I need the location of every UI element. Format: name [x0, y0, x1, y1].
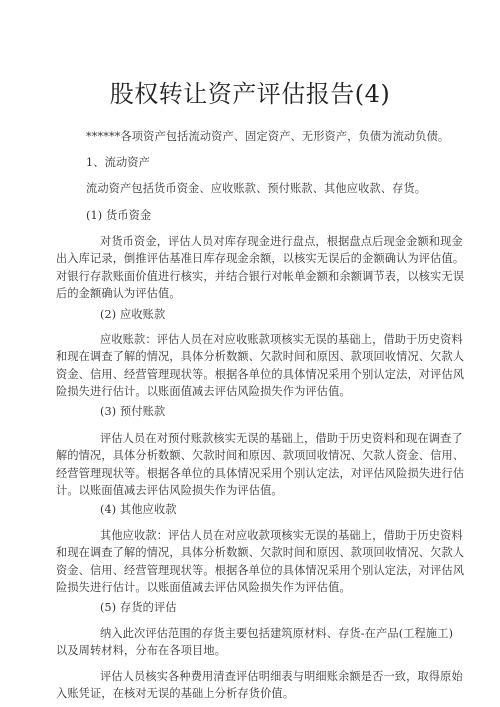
paragraph-line: 和现在调查了解的情况，具体分析数额、欠款时间和原因、款项回收情况、欠款人 — [56, 544, 448, 561]
subheading-text: (2) 应收账款 — [100, 306, 492, 323]
paragraph-monetary-funds: 对货币资金，评估人员对库存现金进行盘点，根据盘点后现金金额和现金 出入库记录，倒… — [56, 233, 448, 303]
paragraph-line: 和现在调查了解的情况，具体分析数额、欠款时间和原因、款项回收情况、欠款人 — [56, 348, 448, 365]
subheading-text: (1) 货币资金 — [86, 207, 478, 224]
subheading-text: (4) 其他应收款 — [100, 501, 492, 518]
paragraph-line: 对货币资金，评估人员对库存现金进行盘点，根据盘点后现金金额和现金 — [56, 233, 448, 250]
paragraph-line: 后的金额确认为评估值。 — [56, 285, 448, 302]
document-page: 股权转让资产评估报告(4) ******各项资产包括流动资产、固定资产、无形资产… — [0, 0, 500, 707]
paragraph-line: 纳入此次评估范围的存货主要包括建筑原材料、存货-在产品(工程施工) — [56, 625, 448, 642]
paragraph-line: 险损失进行估计。以账面值减去评估风险损失作为评估值。 — [56, 579, 448, 596]
current-assets-summary: 流动资产包括货币资金、应收账款、预付账款、其他应收款、存货。 — [86, 180, 478, 197]
paragraph-line: 出入库记录，倒推评估基准日库存现金余额，以核实无误后的金额确认为评估值。 — [56, 250, 448, 267]
paragraph-line: 经营管理现状等。根据各单位的具体情况采用个别认定法，对评估风险损失进行估 — [56, 465, 448, 482]
subheading-inventory: (5) 存货的评估 — [100, 599, 492, 616]
paragraph-line: 计。以账面值减去评估风险损失作为评估值。 — [56, 482, 448, 499]
subheading-monetary-funds: (1) 货币资金 — [86, 207, 478, 224]
intro-text: ******各项资产包括流动资产、固定资产、无形资产，负债为流动负债。 — [86, 128, 478, 145]
paragraph-accounts-receivable: 应收账款：评估人员在对应收账款项核实无误的基础上，借助于历史资料 和现在调查了解… — [56, 331, 448, 401]
paragraph-line: 评估人员在对预付账款核实无误的基础上，借助于历史资料和现在调查了 — [56, 430, 448, 447]
paragraph-line: 其他应收款：评估人员在对应收款项核实无误的基础上，借助于历史资料 — [56, 527, 448, 544]
paragraph-inventory-verification: 评估人员核实各种费用清查评估明细表与明细账余额是否一致，取得原始 入账凭证，在核… — [56, 668, 448, 703]
paragraph-prepayments: 评估人员在对预付账款核实无误的基础上，借助于历史资料和现在调查了 解的情况，具体… — [56, 430, 448, 500]
paragraph-line: 对银行存款账面价值进行核实，并结合银行对帐单金额和余额调节表，以核实无误 — [56, 268, 448, 285]
section-heading-current-assets: 1、流动资产 — [86, 154, 478, 171]
subheading-accounts-receivable: (2) 应收账款 — [100, 306, 492, 323]
paragraph-line: 应收账款：评估人员在对应收账款项核实无误的基础上，借助于历史资料 — [56, 331, 448, 348]
paragraph-line: 解的情况，具体分析数额、欠款时间和原因、款项回收情况、欠款人资金、信用、 — [56, 447, 448, 464]
subheading-other-receivables: (4) 其他应收款 — [100, 501, 492, 518]
intro-paragraph: ******各项资产包括流动资产、固定资产、无形资产，负债为流动负债。 — [86, 128, 478, 145]
summary-text: 流动资产包括货币资金、应收账款、预付账款、其他应收款、存货。 — [86, 180, 478, 197]
page-title: 股权转让资产评估报告(4) — [0, 74, 500, 109]
subheading-prepayments: (3) 预付账款 — [100, 403, 492, 420]
paragraph-line: 险损失进行估计。以账面值减去评估风险损失作为评估值。 — [56, 383, 448, 400]
section-heading-text: 1、流动资产 — [86, 154, 478, 171]
paragraph-line: 评估人员核实各种费用清查评估明细表与明细账余额是否一致，取得原始 — [56, 668, 448, 685]
paragraph-inventory-scope: 纳入此次评估范围的存货主要包括建筑原材料、存货-在产品(工程施工) 以及周转材料… — [56, 625, 448, 660]
paragraph-line: 资金、信用、经营管理现状等。根据各单位的具体情况采用个别认定法，对评估风 — [56, 366, 448, 383]
subheading-text: (5) 存货的评估 — [100, 599, 492, 616]
paragraph-line: 资金、信用、经营管理现状等。根据各单位的具体情况采用个别认定法，对评估风 — [56, 562, 448, 579]
paragraph-other-receivables: 其他应收款：评估人员在对应收款项核实无误的基础上，借助于历史资料 和现在调查了解… — [56, 527, 448, 597]
subheading-text: (3) 预付账款 — [100, 403, 492, 420]
paragraph-line: 以及周转材料，分布在各项目地。 — [56, 642, 448, 659]
paragraph-line: 入账凭证，在核对无误的基础上分析存货价值。 — [56, 685, 448, 702]
